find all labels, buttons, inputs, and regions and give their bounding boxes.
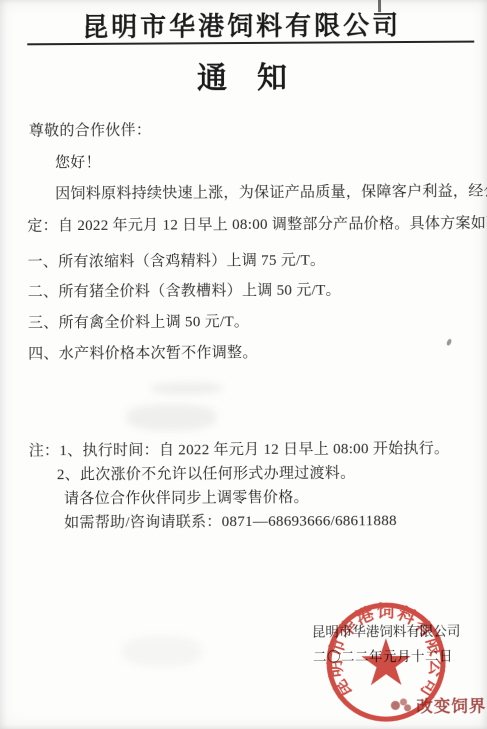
- scanned-sheet: 昆明市华港饲料有限公司 通 知 尊敬的合作伙伴： 您好！ 因饲料原料持续快速上涨…: [0, 0, 487, 729]
- scan-edge-artifact: [378, 0, 381, 12]
- note-line-4: 如需帮助/咨询请联系：0871—68693666/68611888: [64, 509, 397, 532]
- salutation-line: 尊敬的合作伙伴：: [29, 119, 152, 141]
- notice-document-page: 昆明市华港饲料有限公司 通 知 尊敬的合作伙伴： 您好！ 因饲料原料持续快速上涨…: [0, 0, 487, 729]
- paragraph-line: 因饲料原料持续快速上涨，为保证产品质量，保障客户利益，经公司研究决: [55, 179, 487, 203]
- ink-bleed-artifact: [150, 382, 222, 394]
- greeting-line: 您好！: [55, 151, 101, 172]
- star-icon: [361, 638, 411, 685]
- paragraph-line: 定：自 2022 年元月 12 日早上 08:00 调整部分产品价格。具体方案如…: [27, 211, 487, 235]
- watermark-logo-icon: [387, 696, 414, 713]
- ink-bleed-artifact: [126, 404, 216, 431]
- list-item-3: 三、所有禽全价料上调 50 元/T。: [28, 310, 249, 332]
- ink-bleed-artifact: [122, 636, 202, 666]
- watermark-text: 改变饲界: [416, 693, 486, 717]
- list-item-1: 一、所有浓缩料（含鸡精料）上调 75 元/T。: [28, 248, 326, 271]
- company-letterhead-title: 昆明市华港饲料有限公司: [0, 5, 485, 45]
- note-line-3: 请各位合作伙伴同步上调零售价格。: [64, 486, 309, 508]
- note-line-1: 注：1、执行时间：自 2022 年元月 12 日早上 08:00 开始执行。: [29, 437, 450, 461]
- document-title: 通 知: [0, 52, 486, 99]
- list-item-4: 四、水产料价格本次暂不作调整。: [28, 341, 258, 363]
- note-line-2: 2、此次涨价不允许以任何形式办理过渡料。: [57, 461, 356, 484]
- scan-speck-artifact: [446, 338, 453, 346]
- list-item-2: 二、所有猪全价料（含教槽料）上调 50 元/T。: [28, 278, 341, 301]
